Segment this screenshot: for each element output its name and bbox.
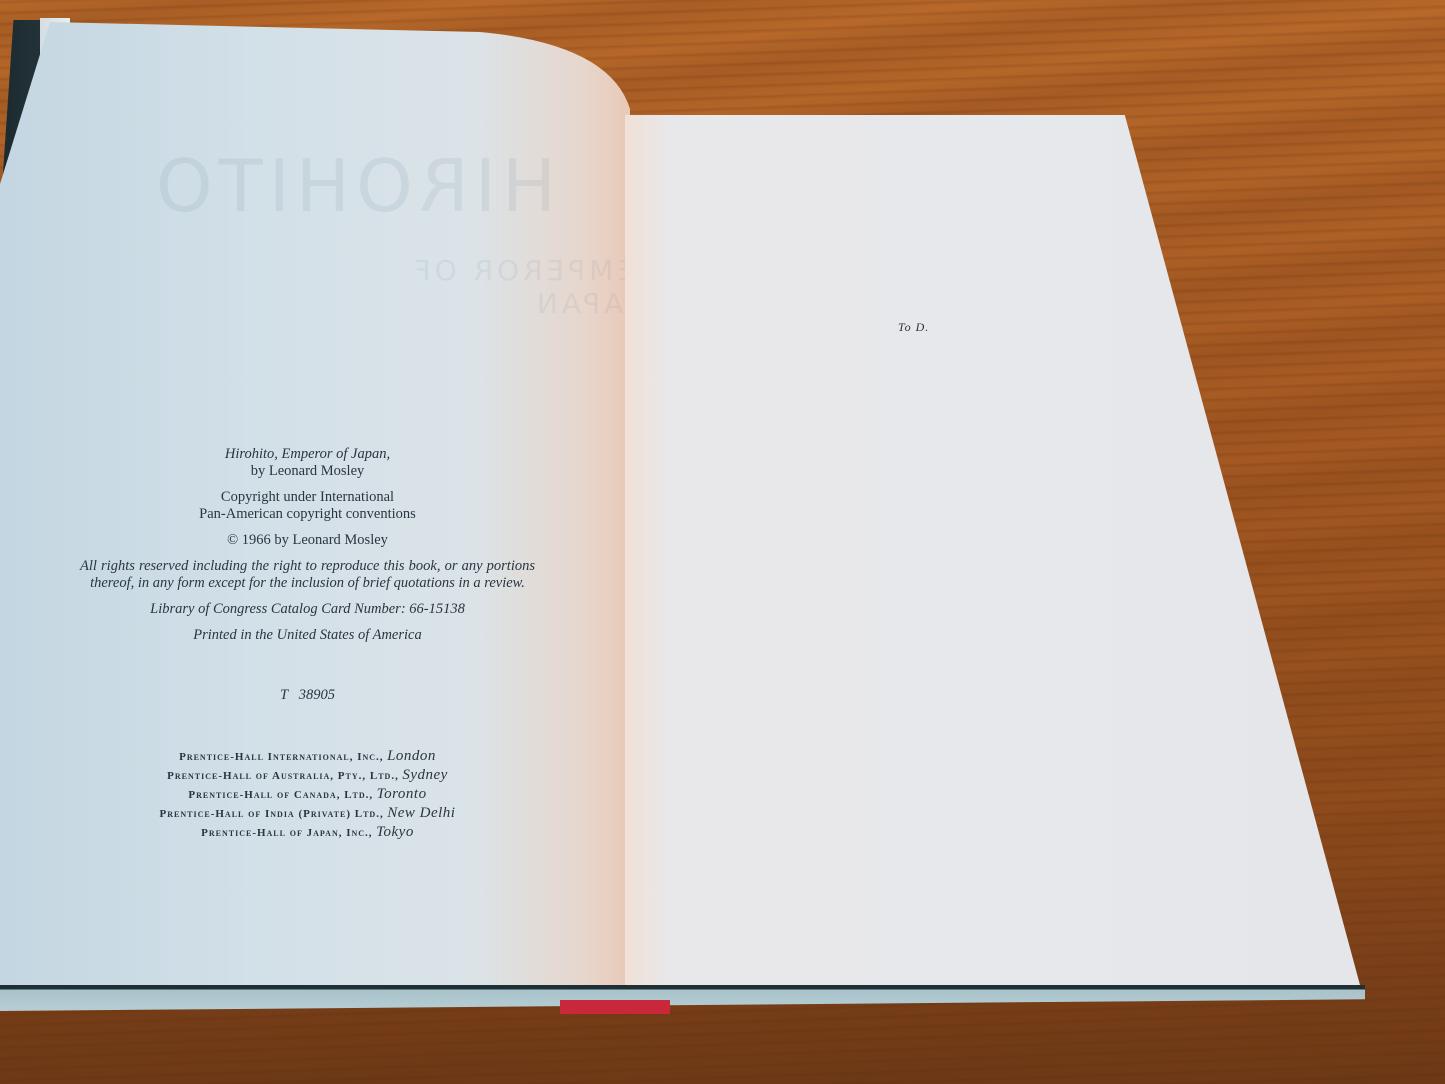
printed-in-line: Printed in the United States of America — [80, 627, 535, 644]
author-line: by Leonard Mosley — [80, 463, 535, 480]
book-title-line: Hirohito, Emperor of Japan, — [80, 446, 535, 463]
book-photo-scene: HIROHITO EMPEROR OF JAPAN Hirohito, Empe… — [0, 0, 1445, 1084]
print-code: T 38905 — [80, 687, 535, 704]
show-through-subtitle: EMPEROR OF JAPAN — [300, 254, 635, 320]
copyright-block: Hirohito, Emperor of Japan, by Leonard M… — [80, 446, 535, 842]
lccn-line: Library of Congress Catalog Card Number:… — [80, 601, 535, 618]
publisher-line: Prentice-Hall of Australia, Pty., Ltd., … — [80, 766, 535, 785]
publisher-list: Prentice-Hall International, Inc., Londo… — [80, 747, 535, 842]
right-page-dedication — [625, 115, 1360, 985]
publisher-line: Prentice-Hall International, Inc., Londo… — [80, 747, 535, 766]
dedication-text: To D. — [898, 320, 929, 335]
publisher-line: Prentice-Hall of Canada, Ltd., Toronto — [80, 785, 535, 804]
publisher-line: Prentice-Hall of India (Private) Ltd., N… — [80, 804, 535, 823]
publisher-line: Prentice-Hall of Japan, Inc., Tokyo — [80, 823, 535, 842]
bottom-red-band — [560, 1000, 670, 1014]
show-through-title: HIROHITO — [150, 144, 556, 228]
book-bottom-edge — [0, 985, 1365, 1011]
copyright-convention-line-1: Copyright under International — [80, 489, 535, 506]
copyright-notice: © 1966 by Leonard Mosley — [80, 532, 535, 549]
rights-reserved-text: All rights reserved including the right … — [80, 558, 535, 592]
copyright-convention-line-2: Pan-American copyright conventions — [80, 506, 535, 523]
